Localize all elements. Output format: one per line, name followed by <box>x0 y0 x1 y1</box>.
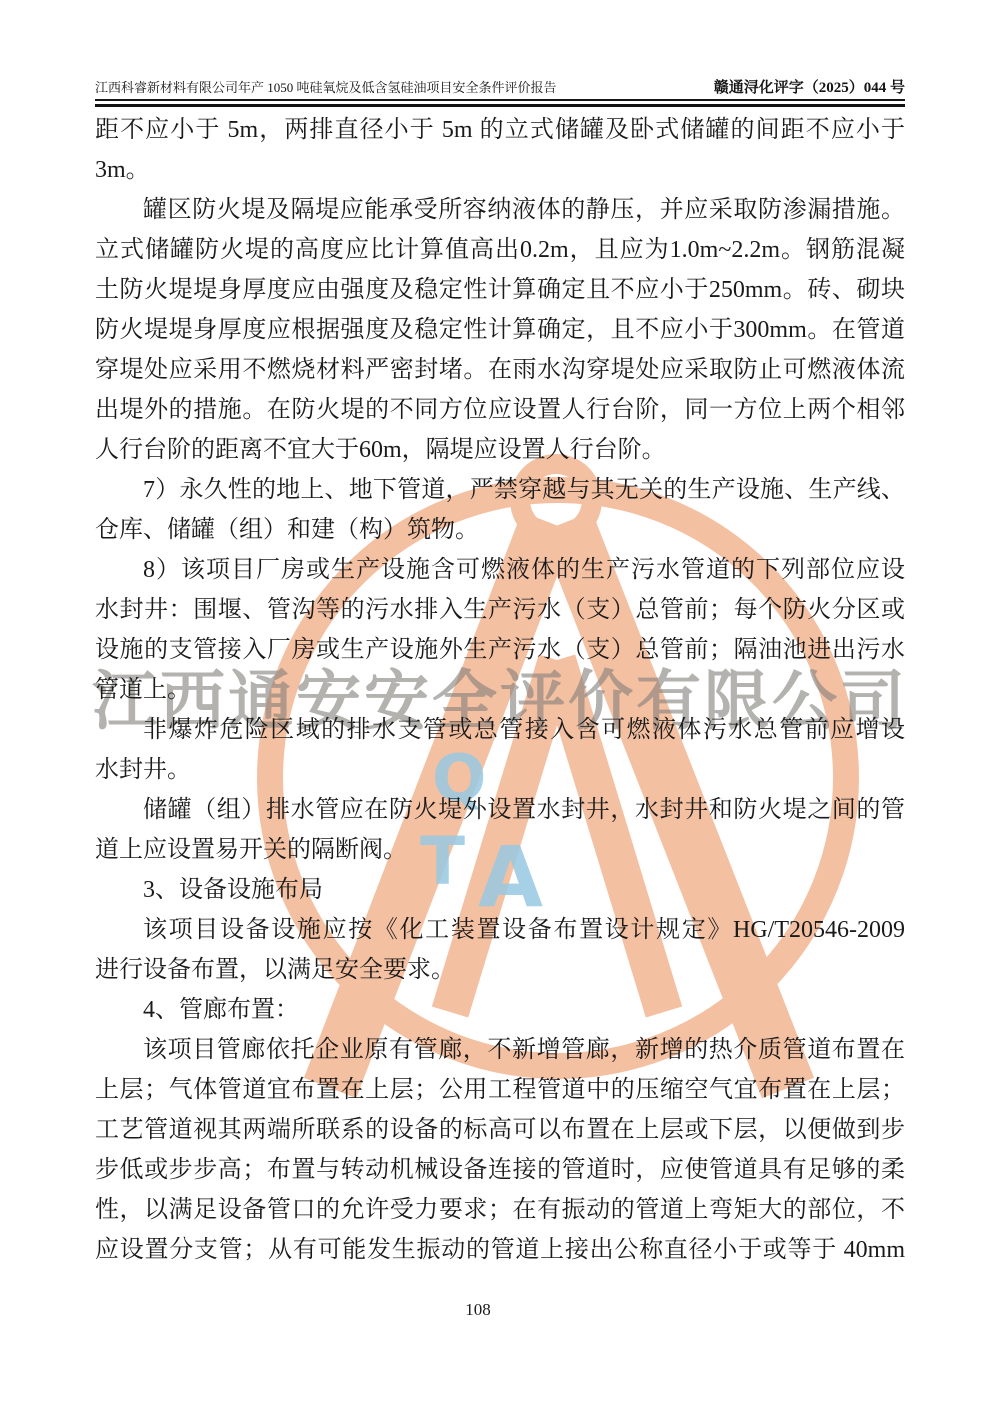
report-page: Q T A 江西通安安全评价有限公司 江西科睿新材料有限公司年产 1050 吨硅… <box>0 0 1000 1414</box>
body-line: 8）该项目厂房或生产设施含可燃液体的生产污水管道的下列部位应设 <box>95 550 905 590</box>
body-line: 管道上。 <box>95 670 905 710</box>
body-line: 上层；气体管道宜布置在上层；公用工程管道中的压缩空气宜布置在上层； <box>95 1070 905 1110</box>
body-line: 穿堤处应采用不燃烧材料严密封堵。在雨水沟穿堤处应采取防止可燃液体流 <box>95 350 905 390</box>
body-line: 步低或步步高；布置与转动机械设备连接的管道时，应使管道具有足够的柔 <box>95 1150 905 1190</box>
body-line: 土防火堤堤身厚度应由强度及稳定性计算确定且不应小于250mm。砖、砌块 <box>95 270 905 310</box>
header-doc-number: 赣通浔化评字（2025）044 号 <box>714 76 905 97</box>
body-line: 距不应小于 5m，两排直径小于 5m 的立式储罐及卧式储罐的间距不应小于 <box>95 110 905 150</box>
body-line: 该项目设备设施应按《化工装置设备布置设计规定》HG/T20546-2009 <box>95 910 905 950</box>
page-number: 108 <box>0 1300 956 1320</box>
body-line: 道上应设置易开关的隔断阀。 <box>95 830 905 870</box>
page-header: 江西科睿新材料有限公司年产 1050 吨硅氧烷及低含氢硅油项目安全条件评价报告 … <box>95 76 905 97</box>
body-line: 出堤外的措施。在防火堤的不同方位应设置人行台阶，同一方位上两个相邻 <box>95 390 905 430</box>
header-report-title: 江西科睿新材料有限公司年产 1050 吨硅氧烷及低含氢硅油项目安全条件评价报告 <box>95 77 557 96</box>
body-line: 水封井。 <box>95 750 905 790</box>
body-line: 防火堤堤身厚度应根据强度及稳定性计算确定，且不应小于300mm。在管道 <box>95 310 905 350</box>
body-line: 3m。 <box>95 150 905 190</box>
body-line: 非爆炸危险区域的排水支管或总管接入含可燃液体污水总管前应增设 <box>95 710 905 750</box>
body-line: 4、管廊布置： <box>95 990 905 1030</box>
header-rule-thin <box>95 99 905 101</box>
body-line: 立式储罐防火堤的高度应比计算值高出0.2m，且应为1.0m~2.2m。钢筋混凝 <box>95 230 905 270</box>
body-text: 距不应小于 5m，两排直径小于 5m 的立式储罐及卧式储罐的间距不应小于3m。罐… <box>95 110 905 1270</box>
body-line: 人行台阶的距离不宜大于60m，隔堤应设置人行台阶。 <box>95 430 905 470</box>
body-line: 7）永久性的地上、地下管道，严禁穿越与其无关的生产设施、生产线、 <box>95 470 905 510</box>
body-line: 性，以满足设备管口的允许受力要求；在有振动的管道上弯矩大的部位，不 <box>95 1190 905 1230</box>
body-line: 仓库、储罐（组）和建（构）筑物。 <box>95 510 905 550</box>
body-line: 该项目管廊依托企业原有管廊，不新增管廊，新增的热介质管道布置在 <box>95 1030 905 1070</box>
body-line: 水封井：围堰、管沟等的污水排入生产污水（支）总管前；每个防火分区或 <box>95 590 905 630</box>
body-line: 工艺管道视其两端所联系的设备的标高可以布置在上层或下层，以便做到步 <box>95 1110 905 1150</box>
body-line: 应设置分支管；从有可能发生振动的管道上接出公称直径小于或等于 40mm <box>95 1230 905 1270</box>
header-rule-thick <box>95 104 905 107</box>
body-line: 进行设备布置，以满足安全要求。 <box>95 950 905 990</box>
body-line: 储罐（组）排水管应在防火堤外设置水封井，水封井和防火堤之间的管 <box>95 790 905 830</box>
body-line: 罐区防火堤及隔堤应能承受所容纳液体的静压，并应采取防渗漏措施。 <box>95 190 905 230</box>
body-line: 设施的支管接入厂房或生产设施外生产污水（支）总管前；隔油池进出污水 <box>95 630 905 670</box>
body-line: 3、设备设施布局 <box>95 870 905 910</box>
